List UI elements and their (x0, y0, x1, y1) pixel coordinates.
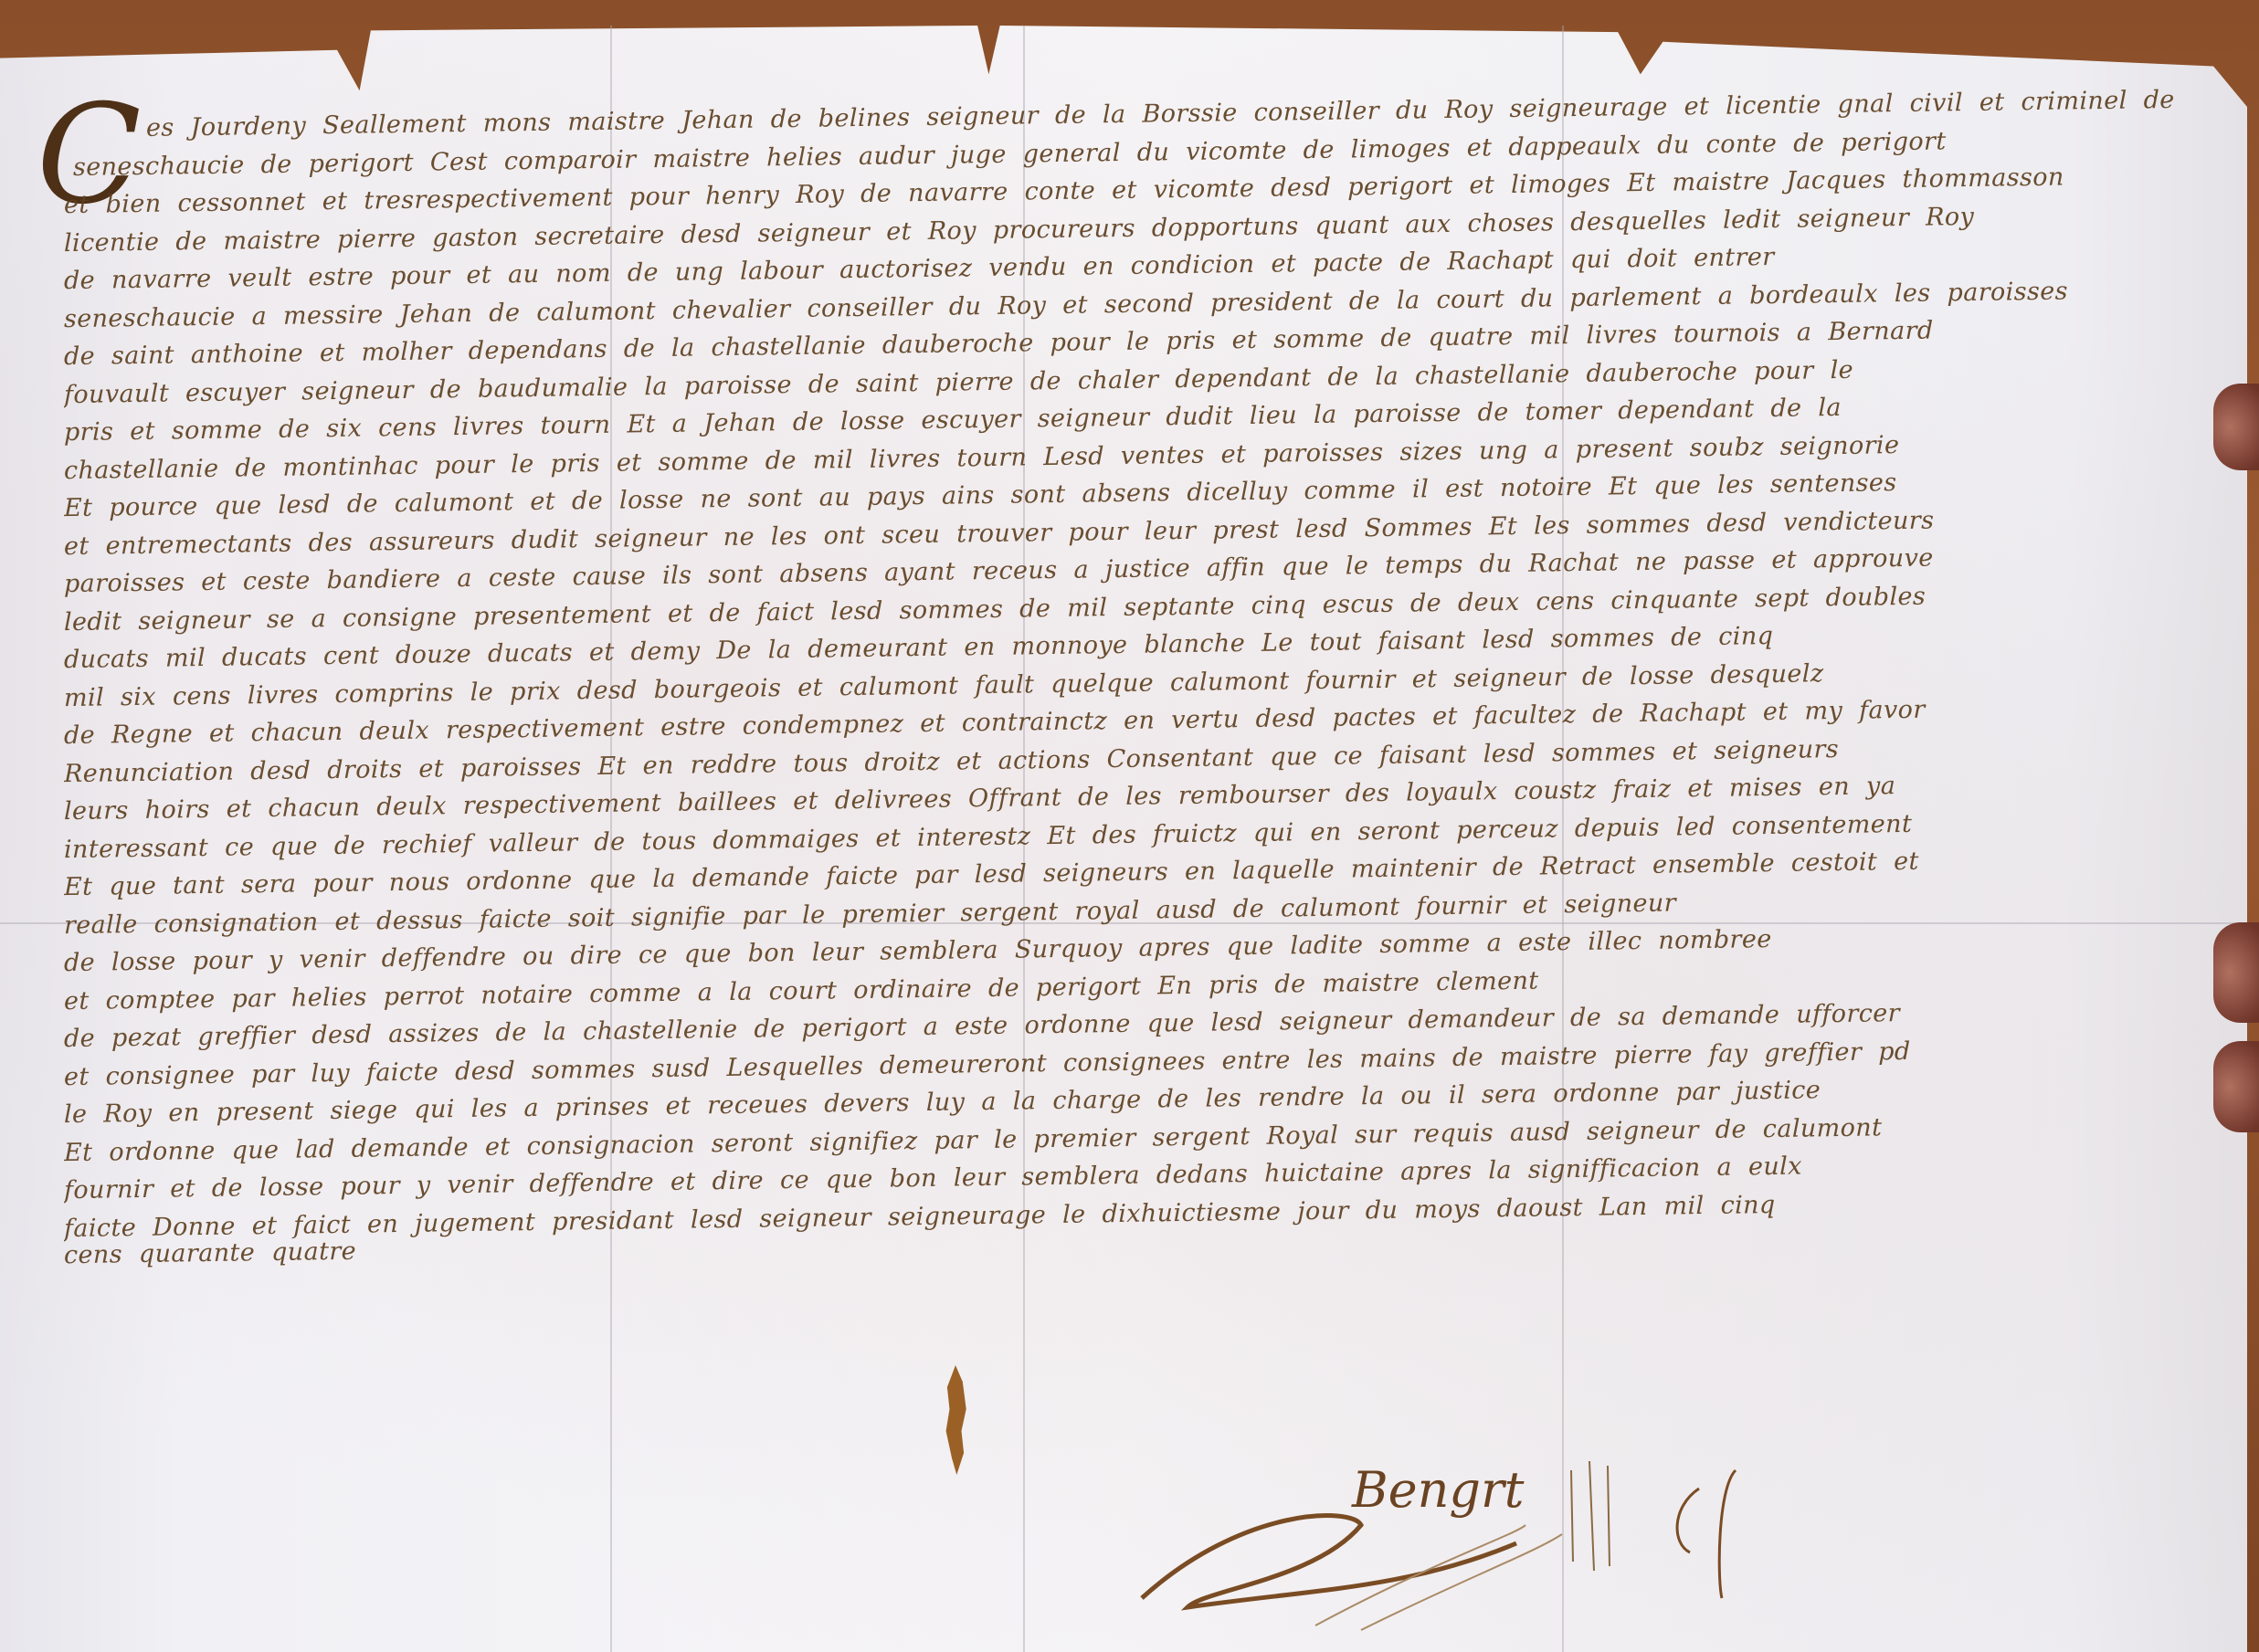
signature: Bengrt (1133, 1452, 1863, 1635)
holding-finger (2213, 1041, 2259, 1132)
holding-finger (2213, 922, 2259, 1023)
signature-name: Bengrt (1352, 1461, 1525, 1519)
manuscript-text: es Jourdeny Seallement mons maistre Jeha… (64, 100, 2174, 1276)
text-line: cens quarante quatre (64, 1234, 612, 1279)
holding-finger (2213, 384, 2259, 470)
